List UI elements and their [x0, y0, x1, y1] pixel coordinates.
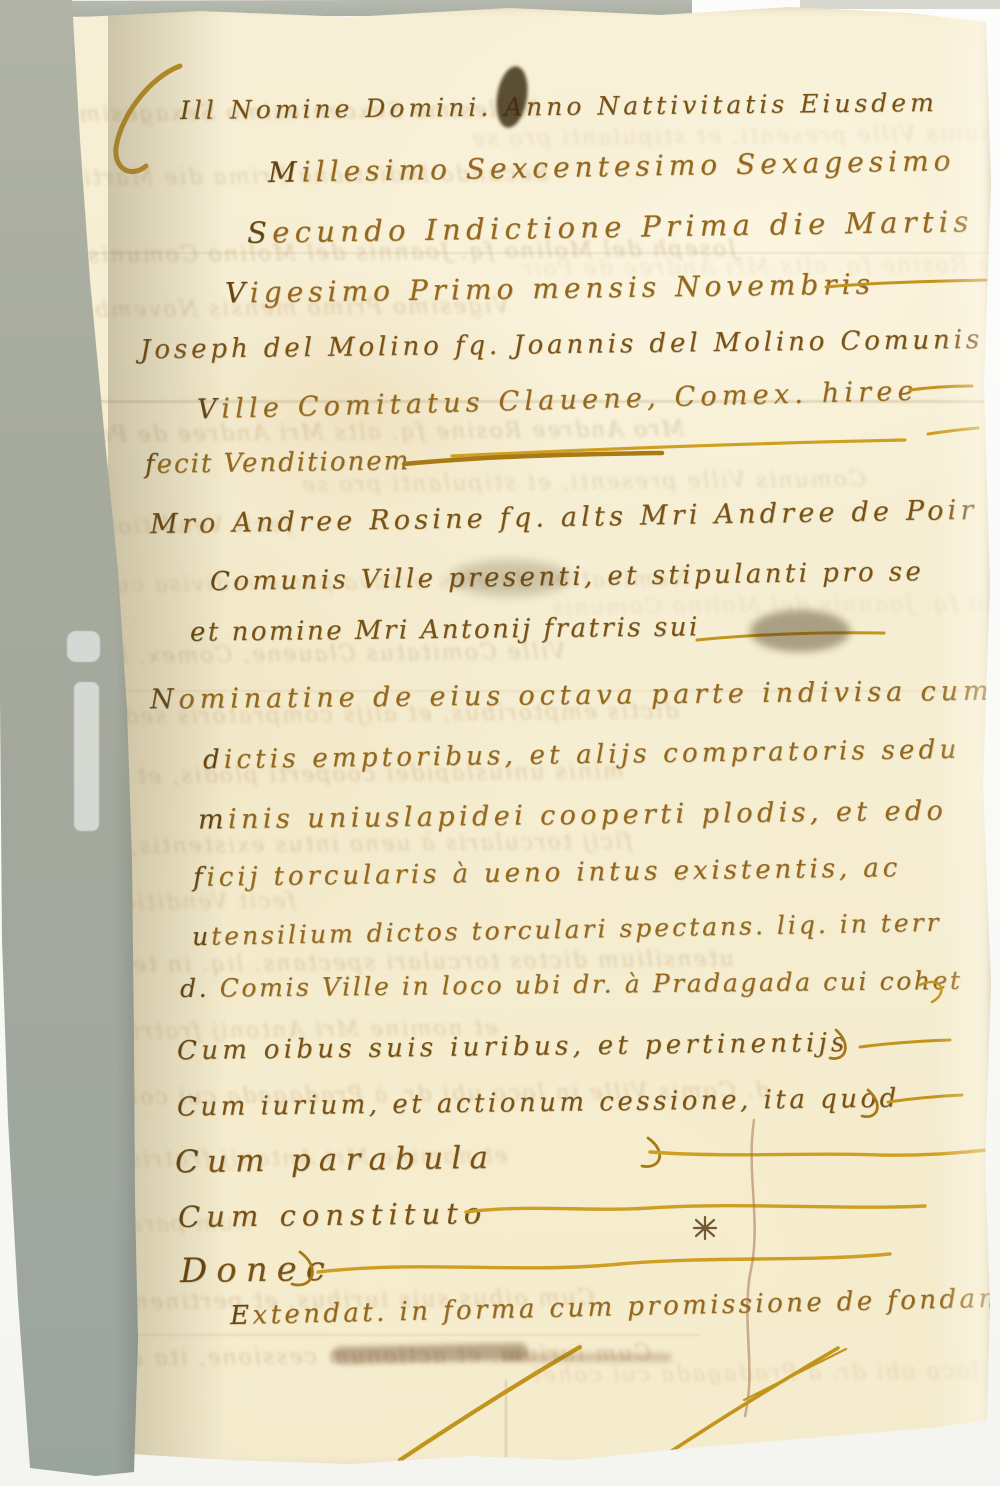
dash-flourish [888, 1095, 962, 1102]
watermark-letter-text: i [70, 640, 73, 651]
dash-flourish [697, 633, 884, 640]
opening-swash [116, 66, 180, 172]
vertical-ink-trail [745, 1120, 755, 1416]
dash-flourish [910, 386, 972, 390]
long-rule-flourish [650, 1150, 988, 1155]
diagonal-flourish [652, 1348, 838, 1464]
diagonal-flourish [400, 1347, 580, 1460]
long-rule-flourish [318, 1254, 890, 1272]
dash-flourish [404, 453, 662, 464]
diagonal-flourish [744, 1349, 846, 1400]
curl-flourish [830, 1030, 845, 1059]
watermark-stem [74, 682, 99, 831]
long-rule-flourish [928, 428, 978, 434]
dash-flourish [826, 280, 986, 287]
curl-flourish [862, 1090, 877, 1117]
long-rule-flourish [466, 1206, 925, 1212]
asterisk-mark [694, 1217, 716, 1239]
ink-flourishes [50, 4, 995, 1472]
dash-flourish [860, 1040, 950, 1047]
manuscript-page: Millesimo Sexcentesimo Sexagesimo Secund… [50, 4, 995, 1472]
document-scan: Millesimo Sexcentesimo Sexagesimo Secund… [0, 0, 1000, 1486]
backing-sheet-top-edge-right [800, 0, 1000, 9]
curl-flourish [292, 1252, 312, 1285]
ink-smear [502, 1353, 672, 1362]
long-rule-flourish [452, 440, 905, 456]
curl-flourish [920, 982, 941, 1002]
